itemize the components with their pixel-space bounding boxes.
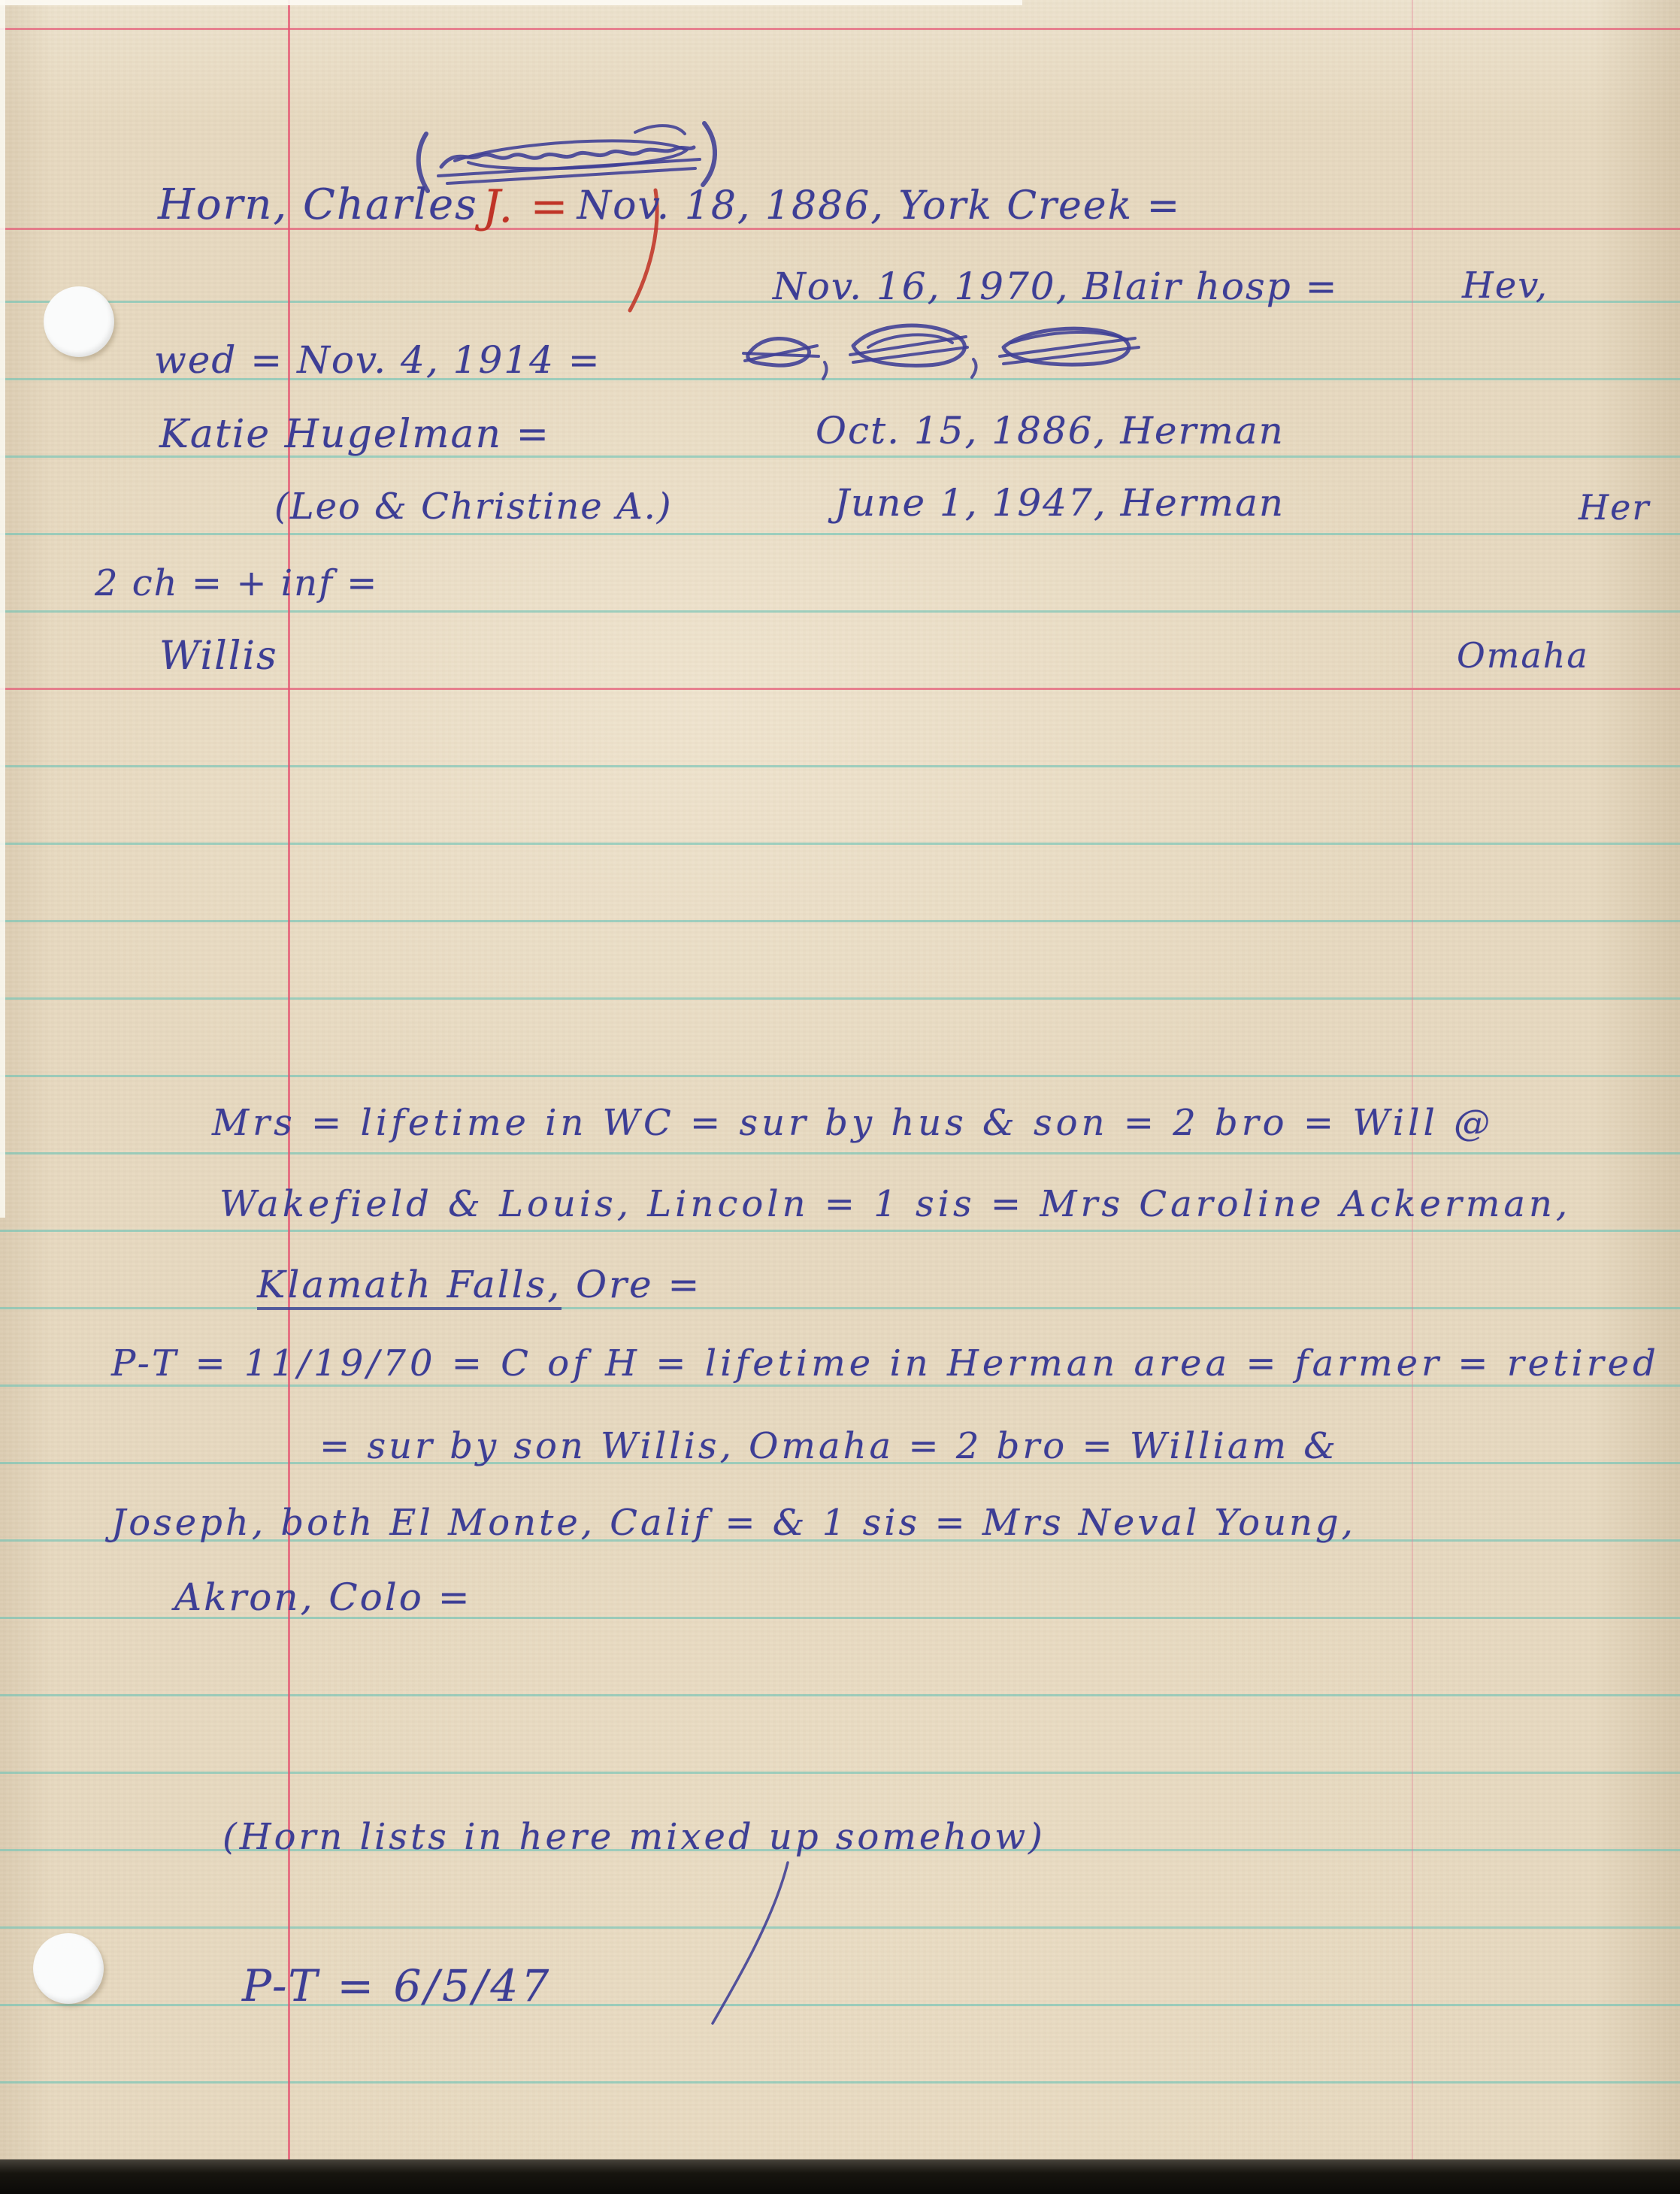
spouse-birth: Oct. 15, 1886, Herman <box>816 409 1285 452</box>
rule-line-teal <box>0 765 1680 767</box>
entry-death-right-col: Hev, <box>1462 265 1548 307</box>
entry-name-line: Horn, CharlesJ. =Nov. 18, 1886, York Cre… <box>158 177 1181 230</box>
rule-line-teal <box>0 1772 1680 1774</box>
scan-edge-bottom <box>0 2159 1680 2194</box>
entry-birth: Nov. 18, 1886, York Creek = <box>577 183 1182 228</box>
wife-notes-line2: Wakefield & Louis, Lincoln = 1 sis = Mrs… <box>219 1183 1571 1225</box>
husband-notes-line3: Joseph, both El Monte, Calif = & 1 sis =… <box>111 1502 1356 1544</box>
rule-line-teal <box>0 1694 1680 1696</box>
rule-line-teal <box>0 533 1680 535</box>
rule-line-teal <box>0 843 1680 845</box>
spouse-parents: (Leo & Christine A.) <box>274 486 673 528</box>
rule-line-teal <box>0 1384 1680 1387</box>
entry-wed: wed = Nov. 4, 1914 = <box>154 338 601 382</box>
spouse-death-right-col: Her <box>1579 487 1650 528</box>
child-right-col: Omaha <box>1457 635 1589 676</box>
rule-line-teal <box>0 1307 1680 1309</box>
punch-hole-top <box>44 286 114 357</box>
scan-edge-top <box>0 0 1022 5</box>
rule-line-red <box>0 28 1680 30</box>
punch-hole-bottom <box>33 1933 104 2004</box>
pen-flourish <box>707 1857 797 2029</box>
spouse-name: Katie Hugelman = <box>159 412 550 457</box>
entry-death: Nov. 16, 1970, Blair hosp = <box>773 265 1339 308</box>
rule-line-teal <box>0 610 1680 613</box>
entry-name: Horn, Charles <box>158 180 478 229</box>
husband-notes-line2: = sur by son Willis, Omaha = 2 bro = Wil… <box>319 1425 1339 1467</box>
scan-edge-left <box>0 0 5 1218</box>
rule-line-teal <box>0 1152 1680 1154</box>
rule-line-teal <box>0 1075 1680 1077</box>
source-citation: P-T = 6/5/47 <box>242 1960 552 2011</box>
entry-initial-red: J. = <box>483 180 570 233</box>
husband-notes-line1: P-T = 11/19/70 = C of H = lifetime in He… <box>111 1342 1660 1384</box>
wife-notes-line1: Mrs = lifetime in WC = sur by hus & son … <box>212 1102 1494 1144</box>
rule-line-teal <box>0 2081 1680 2084</box>
rule-line-teal <box>0 920 1680 922</box>
wife-notes-underlined-place: Klamath Falls, <box>257 1263 562 1310</box>
spouse-death: June 1, 1947, Herman <box>834 481 1285 525</box>
children-count: 2 ch = + inf = <box>95 562 378 604</box>
rule-line-teal <box>0 1926 1680 1929</box>
rule-line-teal <box>0 1230 1680 1232</box>
rule-line-red <box>0 688 1680 690</box>
scribbled-out-wedding-place <box>740 310 1161 394</box>
scanned-ledger-page: { "colors": { "paper": "#e8dbc3", "rule_… <box>0 0 1680 2194</box>
husband-notes-line4: Akron, Colo = <box>174 1575 472 1619</box>
remark-line: (Horn lists in here mixed up somehow) <box>222 1816 1046 1858</box>
wife-notes-line3: Klamath Falls, Ore = <box>257 1263 701 1306</box>
child-name: Willis <box>159 634 278 679</box>
right-margin-line <box>1412 0 1413 2159</box>
wife-notes-line3-rest: Ore = <box>562 1263 701 1306</box>
rule-line-teal <box>0 997 1680 1000</box>
